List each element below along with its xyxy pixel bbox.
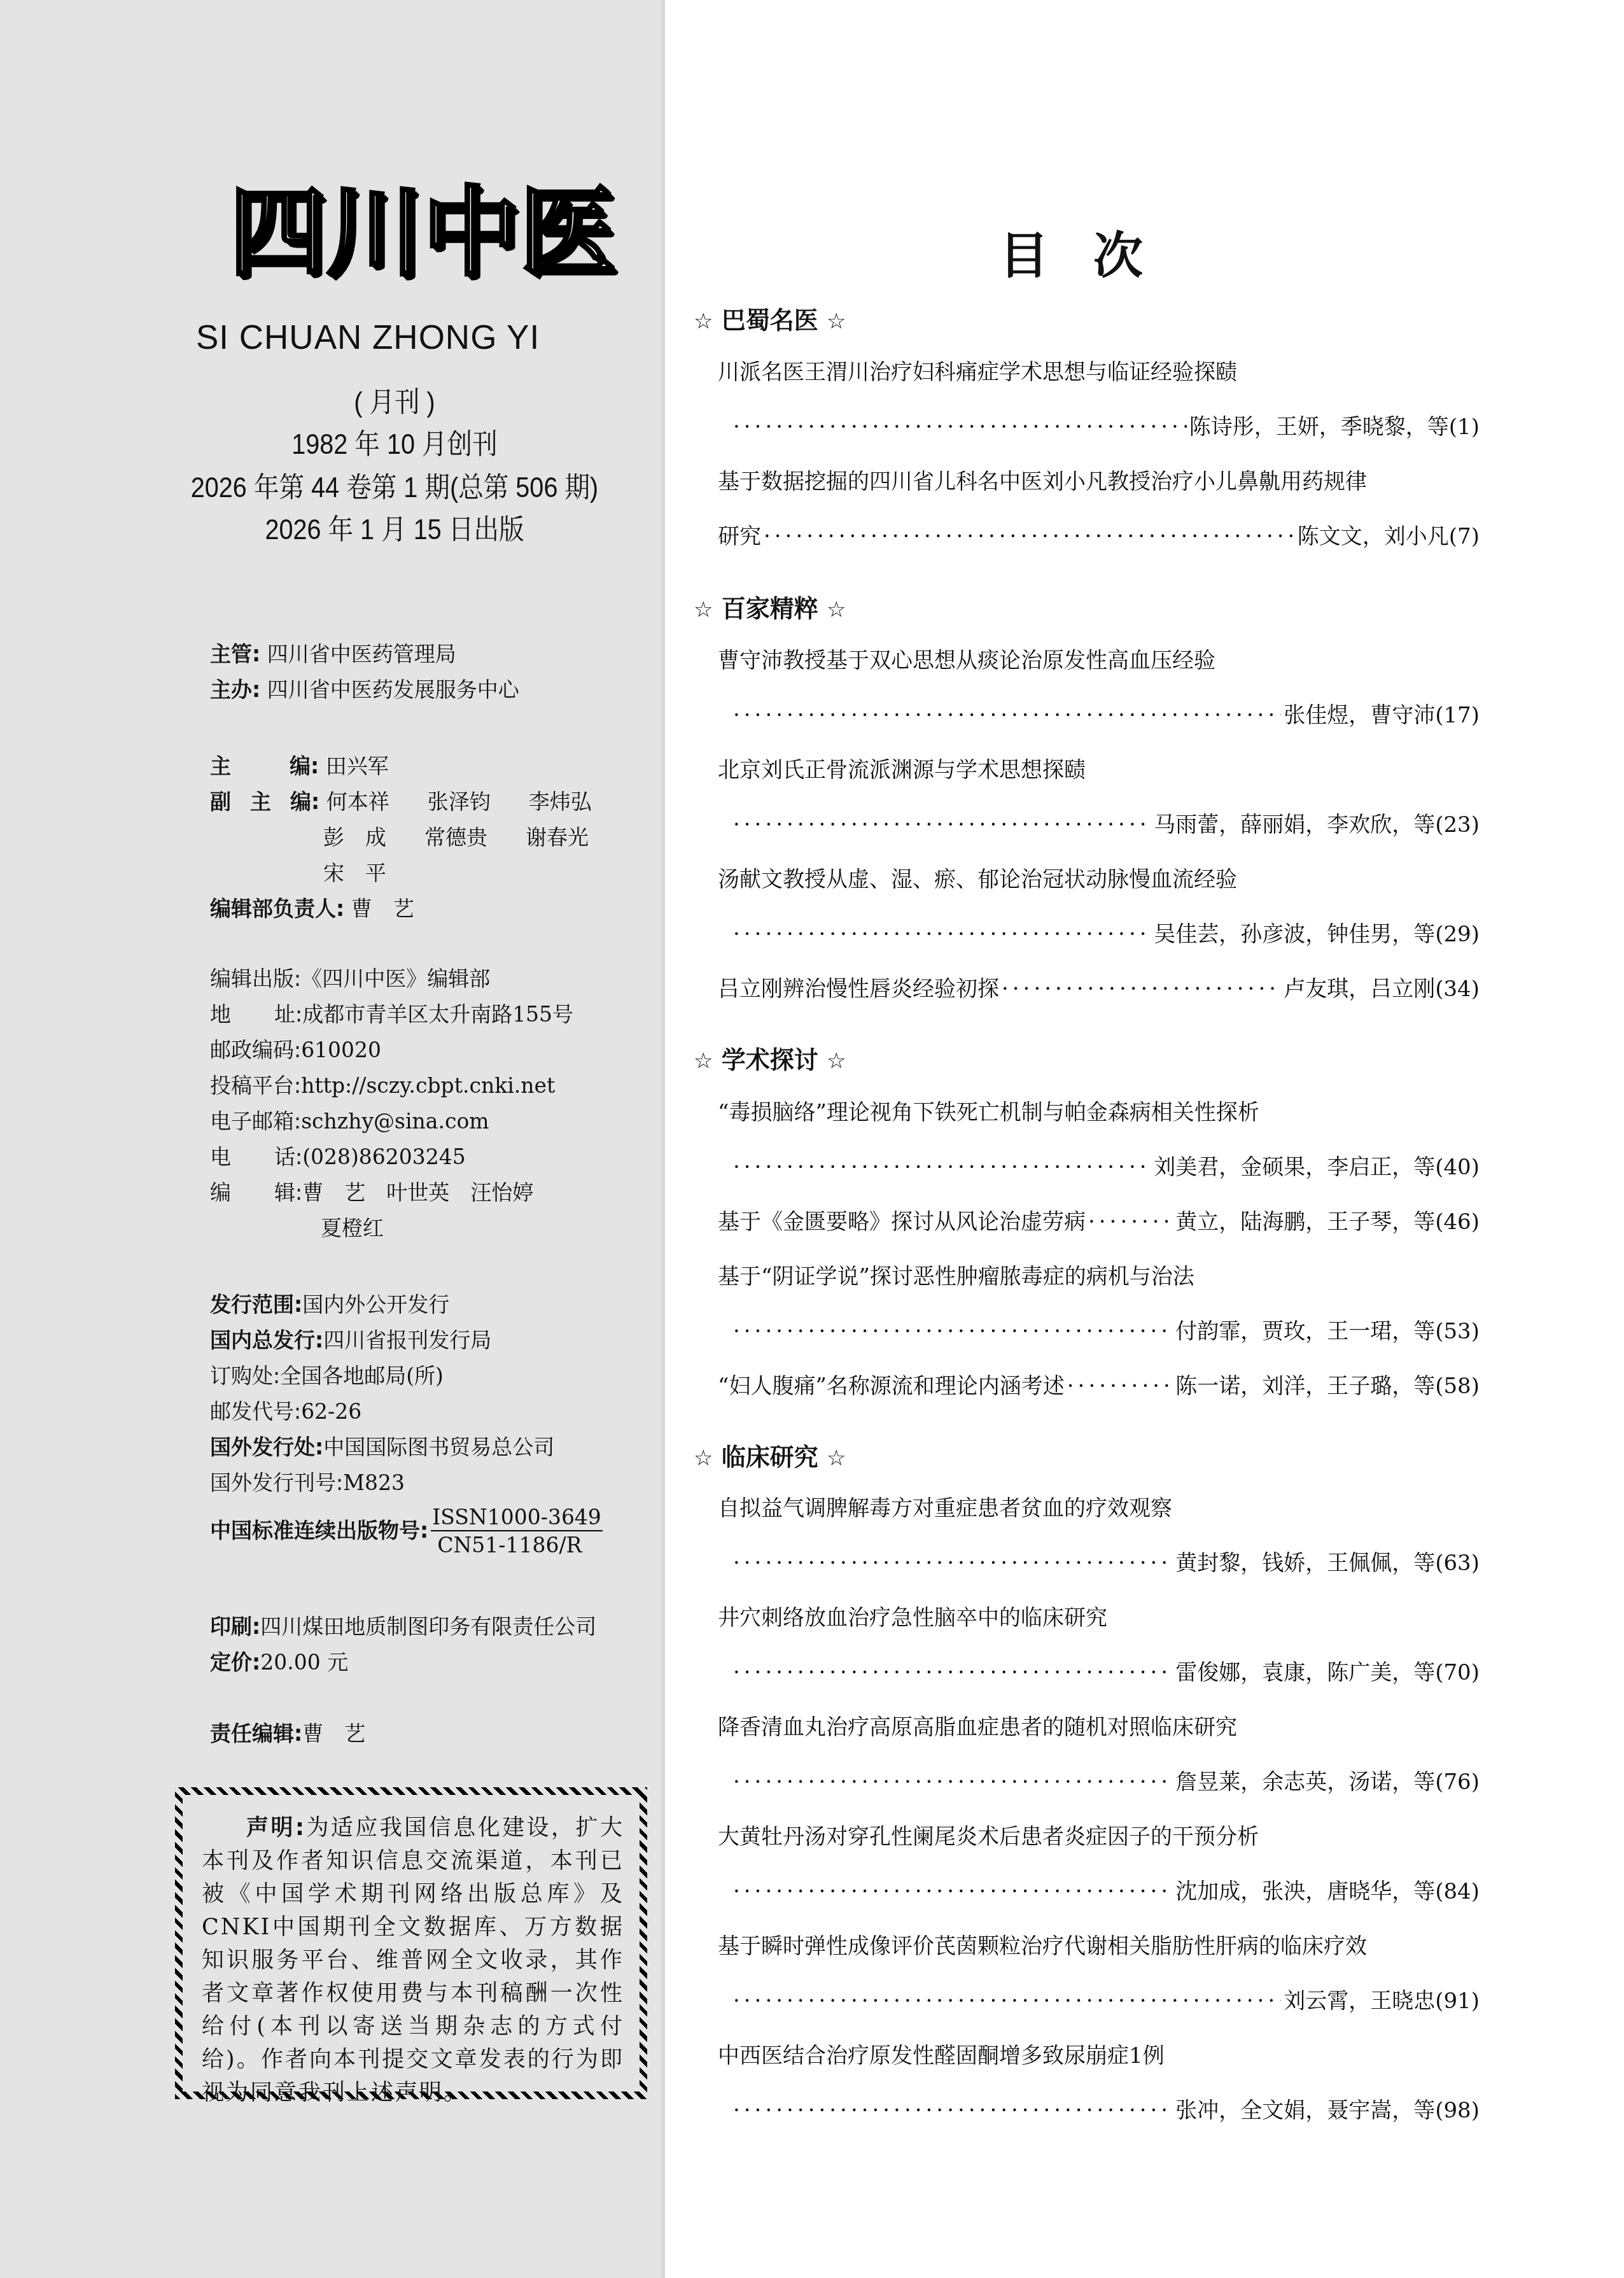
article-title[interactable]: “妇人腹痛”名称源流和理论内涵考述	[718, 1368, 1065, 1400]
toc-entry[interactable]: 基于数据挖掘的四川省儿科名中医刘小凡教授治疗小儿鼻鼽用药规律	[718, 464, 1480, 495]
issue-number: 2026 年第 44 卷第 1 期(总第 506 期)	[143, 465, 647, 505]
label: 主管:	[210, 642, 260, 666]
label: 编辑出版:	[210, 966, 301, 991]
dot-leader	[1067, 1374, 1173, 1399]
sponsor: 四川省中医药发展服务中心	[267, 677, 519, 702]
journal-logo: 四 川 中 医	[229, 172, 560, 293]
page-number: (63)	[1435, 1550, 1480, 1576]
toc-entry[interactable]: 基于“阴证学说”探讨恶性肿瘤脓毒症的病机与治法	[718, 1259, 1480, 1290]
dot-leader	[764, 524, 1295, 549]
dot-leader	[733, 1879, 1173, 1904]
page-number: (34)	[1435, 976, 1480, 1002]
deputy-editor: 彭 成	[323, 825, 386, 850]
info-print: 印刷:四川煤田地质制图印务有限责任公司 定价:20.00 元 责任编辑:曹 艺	[210, 1609, 596, 1752]
logo-char: 四	[229, 184, 326, 281]
label: 中国标准连续出版物号:	[210, 1518, 428, 1543]
info-distribution: 发行范围:国内外公开发行 国内总发行:四川省报刊发行局 订购处:全国各地邮局(所…	[210, 1287, 603, 1559]
responsible-editor: 曹 艺	[302, 1721, 365, 1746]
article-title[interactable]: 基于数据挖掘的四川省儿科名中医刘小凡教授治疗小儿鼻鼽用药规律	[718, 464, 1367, 495]
toc-entry-leader[interactable]: 马雨蕾，薛丽娟，李欢欣，等(23)	[731, 807, 1480, 838]
toc-entry[interactable]: 降香清血丸治疗高原高脂血症患者的随机对照临床研究	[718, 1710, 1480, 1741]
logo-char: 医	[519, 184, 616, 281]
article-authors: 黄立，陆海鹏，王子琴，等	[1175, 1204, 1435, 1235]
label: 订购处:	[210, 1363, 280, 1388]
price: 20.00 元	[260, 1650, 348, 1675]
article-authors: 刘云霄，王晓忠	[1284, 1983, 1435, 2014]
article-authors: 沈加成，张泱，唐晓华，等	[1175, 1874, 1435, 1905]
logo-char: 川	[326, 184, 423, 281]
label: 编	[210, 1180, 231, 1205]
dot-leader	[733, 1769, 1173, 1795]
toc-title: 目次	[999, 216, 1187, 288]
toc-entry-leader[interactable]: 沈加成，张泱，唐晓华，等(84)	[731, 1874, 1480, 1905]
toc-entry-leader[interactable]: 研究陈文文，刘小凡(7)	[718, 519, 1480, 550]
page-number: (53)	[1435, 1319, 1480, 1344]
toc-entry-leader[interactable]: 陈诗彤，王妍，季晓黎，等(1)	[731, 409, 1480, 440]
article-title[interactable]: 吕立刚辨治慢性唇炎经验初探	[718, 971, 999, 1002]
article-title[interactable]: 中西医结合治疗原发性醛固酮增多致尿崩症1例	[718, 2038, 1165, 2069]
phone: (028)86203245	[302, 1144, 466, 1169]
toc-entry[interactable]: 中西医结合治疗原发性醛固酮增多致尿崩症1例	[718, 2038, 1480, 2069]
label: 国外发行处:	[210, 1435, 323, 1459]
label: 邮发代号:	[210, 1399, 301, 1424]
label: 国内总发行:	[210, 1328, 323, 1353]
order-location: 全国各地邮局(所)	[280, 1363, 444, 1388]
copyright-notice: 声明:为适应我国信息化建设，扩大本刊及作者知识信息交流渠道，本刊已被《中国学术期…	[175, 1787, 647, 2099]
page-number: (40)	[1435, 1155, 1480, 1180]
page-number: (84)	[1435, 1879, 1480, 1904]
toc-entry[interactable]: 北京刘氏正骨流派渊源与学术思想探赜	[718, 752, 1480, 784]
label: 主办:	[210, 677, 260, 702]
article-title[interactable]: 井穴刺络放血治疗急性脑卒中的临床研究	[718, 1600, 1107, 1631]
dot-leader	[733, 1988, 1281, 2014]
article-title[interactable]: 汤献文教授从虚、湿、瘀、郁论治冠状动脉慢血流经验	[718, 862, 1237, 893]
article-authors: 雷俊娜，袁康，陈广美，等	[1175, 1655, 1435, 1686]
page-number: (7)	[1449, 524, 1480, 549]
article-authors: 张佳煜，曹守沛	[1284, 698, 1435, 729]
label: 国外发行刊号:	[210, 1470, 343, 1495]
star-icon: ☆	[827, 1048, 846, 1074]
article-title[interactable]: 自拟益气调脾解毒方对重症患者贫血的疗效观察	[718, 1491, 1172, 1522]
label: 投稿平台:	[210, 1073, 301, 1098]
toc-entry-leader[interactable]: 张冲，全文娟，聂宇嵩，等(98)	[731, 2093, 1480, 2124]
article-authors: 陈一诺，刘洋，王子璐，等	[1175, 1368, 1435, 1400]
deputy-editor: 张泽钧	[428, 789, 491, 814]
toc-entry-leader[interactable]: 黄封黎，钱娇，王佩佩，等(63)	[731, 1545, 1480, 1577]
toc-entry[interactable]: 基于瞬时弹性成像评价芪茵颗粒治疗代谢相关脂肪性肝病的临床疗效	[718, 1929, 1480, 1960]
logo-char: 中	[423, 184, 519, 281]
article-title[interactable]: 基于《金匮要略》探讨从风论治虚劳病	[718, 1204, 1086, 1235]
distribution-scope: 国内外公开发行	[302, 1292, 449, 1317]
dot-leader	[733, 1660, 1173, 1685]
section-header: ☆ 学术探讨 ☆	[694, 1040, 846, 1075]
article-authors: 刘美君，金硕果，李启正，等	[1154, 1150, 1435, 1181]
article-title[interactable]: 基于瞬时弹性成像评价芪茵颗粒治疗代谢相关脂肪性肝病的临床疗效	[718, 1929, 1367, 1960]
star-icon: ☆	[827, 309, 846, 334]
label: 邮政编码:	[210, 1037, 301, 1062]
printer: 四川煤田地质制图印务有限责任公司	[260, 1614, 596, 1639]
publish-date: 2026 年 1 月 15 日出版	[143, 507, 647, 547]
toc-entry-leader[interactable]: 刘美君，金硕果，李启正，等(40)	[731, 1150, 1480, 1181]
deputy-editor: 谢春光	[526, 825, 589, 850]
info-organizers: 主管: 四川省中医药管理局 主办: 四川省中医药发展服务中心	[210, 636, 519, 708]
page-number: (46)	[1435, 1209, 1480, 1235]
page-number: (76)	[1435, 1769, 1480, 1795]
article-title[interactable]: 大黄牡丹汤对穿孔性阑尾炎术后患者炎症因子的干预分析	[718, 1819, 1259, 1850]
label: 地	[210, 1002, 231, 1027]
journal-pinyin: SI CHUAN ZHONG YI	[191, 318, 603, 357]
section-header: ☆ 临床研究 ☆	[694, 1437, 846, 1472]
section-header: ☆ 巴蜀名医 ☆	[694, 300, 846, 335]
star-icon: ☆	[694, 597, 713, 622]
label: 印刷:	[210, 1614, 260, 1639]
dot-leader	[733, 922, 1151, 947]
toc-entry-leader[interactable]: 张佳煜，曹守沛(17)	[731, 698, 1480, 729]
publisher: 《四川中医》编辑部	[301, 966, 490, 991]
label: 编:	[290, 754, 319, 778]
dot-leader	[1002, 976, 1281, 1002]
page-number: (29)	[1435, 922, 1480, 947]
article-authors: 黄封黎，钱娇，王佩佩，等	[1175, 1545, 1435, 1577]
issn: ISSN1000-3649	[431, 1505, 603, 1531]
dot-leader	[733, 1155, 1151, 1180]
dot-leader	[1088, 1209, 1173, 1235]
editors: 夏橙红	[321, 1216, 384, 1241]
article-title[interactable]: 基于“阴证学说”探讨恶性肿瘤脓毒症的病机与治法	[718, 1259, 1194, 1290]
article-authors: 陈文文，刘小凡	[1298, 519, 1449, 550]
deputy-editor: 常德贵	[424, 825, 487, 850]
label: 话:	[274, 1144, 302, 1169]
editors: 曹 艺 叶世英 汪怡婷	[302, 1180, 533, 1205]
cn-number: CN51-1186/R	[431, 1531, 603, 1559]
label: 主	[250, 789, 271, 814]
toc-entry-leader[interactable]: 刘云霄，王晓忠(91)	[731, 1983, 1480, 2014]
article-authors: 卢友琪，吕立刚	[1284, 971, 1435, 1002]
deputy-editor: 宋 平	[323, 861, 386, 885]
label: 电	[210, 1144, 231, 1169]
label: 电子邮箱:	[210, 1109, 301, 1134]
section-name: 巴蜀名医	[722, 306, 818, 334]
article-authors: 张冲，全文娟，聂宇嵩，等	[1175, 2093, 1435, 2124]
notice-text: 为适应我国信息化建设，扩大本刊及作者知识信息交流渠道，本刊已被《中国学术期刊网络…	[202, 1815, 624, 2106]
label: 副	[210, 789, 231, 814]
toc-entry[interactable]: 自拟益气调脾解毒方对重症患者贫血的疗效观察	[718, 1491, 1480, 1522]
dot-leader	[733, 1550, 1173, 1576]
dot-leader	[733, 2098, 1173, 2123]
label: 辑:	[274, 1180, 302, 1205]
founded-date: 1982 年 10 月创刊	[143, 421, 647, 462]
section-name: 学术探讨	[722, 1046, 818, 1074]
page-number: (91)	[1435, 1988, 1480, 2014]
postal-code: 62-26	[301, 1399, 361, 1424]
dot-leader	[733, 812, 1151, 838]
toc-entry[interactable]: 大黄牡丹汤对穿孔性阑尾炎术后患者炎症因子的干预分析	[718, 1819, 1480, 1850]
supervisor: 四川省中医药管理局	[267, 642, 456, 666]
page-number: (98)	[1435, 2098, 1480, 2123]
domestic-distributor: 四川省报刊发行局	[323, 1328, 491, 1353]
star-icon: ☆	[694, 309, 713, 334]
dot-leader	[733, 414, 1187, 440]
article-title[interactable]: “毒损脑络”理论视角下铁死亡机制与帕金森病相关性探析	[718, 1095, 1259, 1126]
info-editors: 主编: 田兴军 副主编: 何本祥张泽钧李炜弘 彭 成常德贵谢春光 宋 平 编辑部…	[210, 749, 592, 927]
label: 发行范围:	[210, 1292, 302, 1317]
toc-entry[interactable]: “妇人腹痛”名称源流和理论内涵考述陈一诺，刘洋，王子璐，等(58)	[718, 1368, 1480, 1400]
section-header: ☆ 百家精粹 ☆	[694, 589, 846, 624]
toc-entry-leader[interactable]: 付韵霏，贾玫，王一珺，等(53)	[731, 1314, 1480, 1345]
article-title[interactable]: 北京刘氏正骨流派渊源与学术思想探赜	[718, 752, 1086, 784]
star-icon: ☆	[694, 1048, 713, 1074]
dept-head: 曹 艺	[351, 896, 414, 921]
toc-entry-leader[interactable]: 雷俊娜，袁康，陈广美，等(70)	[731, 1655, 1480, 1686]
deputy-editor: 李炜弘	[529, 789, 592, 814]
info-contact: 编辑出版:《四川中医》编辑部 地址:成都市青羊区太升南路155号 邮政编码:61…	[210, 961, 573, 1246]
frequency: ( 月刊 )	[143, 379, 647, 420]
article-title[interactable]: 川派名医王渭川治疗妇科痛症学术思想与临证经验探赜	[718, 355, 1237, 386]
notice-lead: 声明:	[202, 1815, 306, 1841]
article-title[interactable]: 曹守沛教授基于双心思想从痰论治原发性高血压经验	[718, 643, 1215, 674]
toc-entry[interactable]: 基于《金匮要略》探讨从风论治虚劳病黄立，陆海鹏，王子琴，等(46)	[718, 1204, 1480, 1235]
toc-entry-leader[interactable]: 吴佳芸，孙彦波，钟佳男，等(29)	[731, 917, 1480, 948]
article-authors: 马雨蕾，薛丽娟，李欢欣，等	[1154, 807, 1435, 838]
toc-entry-leader[interactable]: 詹昱莱，余志英，汤诺，等(76)	[731, 1764, 1480, 1796]
article-title-cont[interactable]: 研究	[718, 519, 761, 550]
toc-entry[interactable]: “毒损脑络”理论视角下铁死亡机制与帕金森病相关性探析	[718, 1095, 1480, 1126]
label: 责任编辑:	[210, 1721, 302, 1746]
chief-editor: 田兴军	[326, 754, 389, 778]
article-authors: 陈诗彤，王妍，季晓黎，等	[1189, 409, 1449, 440]
label: 编:	[290, 789, 319, 814]
page-number: (58)	[1435, 1374, 1480, 1399]
dot-leader	[733, 1319, 1173, 1344]
toc-entry[interactable]: 汤献文教授从虚、湿、瘀、郁论治冠状动脉慢血流经验	[718, 862, 1480, 893]
star-icon: ☆	[827, 597, 846, 622]
deputy-editor: 何本祥	[326, 789, 389, 814]
toc-entry[interactable]: 川派名医王渭川治疗妇科痛症学术思想与临证经验探赜	[718, 355, 1480, 386]
star-icon: ☆	[827, 1445, 846, 1471]
toc-entry[interactable]: 吕立刚辨治慢性唇炎经验初探卢友琪，吕立刚(34)	[718, 971, 1480, 1002]
address: 成都市青羊区太升南路155号	[302, 1002, 573, 1027]
section-name: 临床研究	[722, 1443, 818, 1471]
article-authors: 吴佳芸，孙彦波，钟佳男，等	[1154, 917, 1435, 948]
toc-entry[interactable]: 井穴刺络放血治疗急性脑卒中的临床研究	[718, 1600, 1480, 1631]
label: 主	[210, 754, 231, 778]
page-number: (1)	[1449, 414, 1480, 440]
article-authors: 付韵霏，贾玫，王一珺，等	[1175, 1314, 1435, 1345]
serial-number: ISSN1000-3649CN51-1186/R	[431, 1505, 603, 1559]
article-title[interactable]: 降香清血丸治疗高原高脂血症患者的随机对照临床研究	[718, 1710, 1237, 1741]
page-number: (70)	[1435, 1660, 1480, 1685]
label: 定价:	[210, 1650, 260, 1675]
article-authors: 詹昱莱，余志英，汤诺，等	[1175, 1764, 1435, 1796]
label: 址:	[274, 1002, 302, 1027]
foreign-code: M823	[343, 1470, 405, 1495]
page-number: (23)	[1435, 812, 1480, 838]
email-link[interactable]: schzhy@sina.com	[301, 1109, 489, 1134]
section-name: 百家精粹	[722, 594, 818, 622]
postcode: 610020	[301, 1037, 381, 1062]
label: 编辑部负责人:	[210, 896, 344, 921]
submission-platform-link[interactable]: http://sczy.cbpt.cnki.net	[301, 1073, 555, 1098]
star-icon: ☆	[694, 1445, 713, 1471]
foreign-distributor: 中国国际图书贸易总公司	[323, 1435, 554, 1459]
page-number: (17)	[1435, 703, 1480, 728]
dot-leader	[733, 703, 1281, 728]
toc-entry[interactable]: 曹守沛教授基于双心思想从痰论治原发性高血压经验	[718, 643, 1480, 674]
